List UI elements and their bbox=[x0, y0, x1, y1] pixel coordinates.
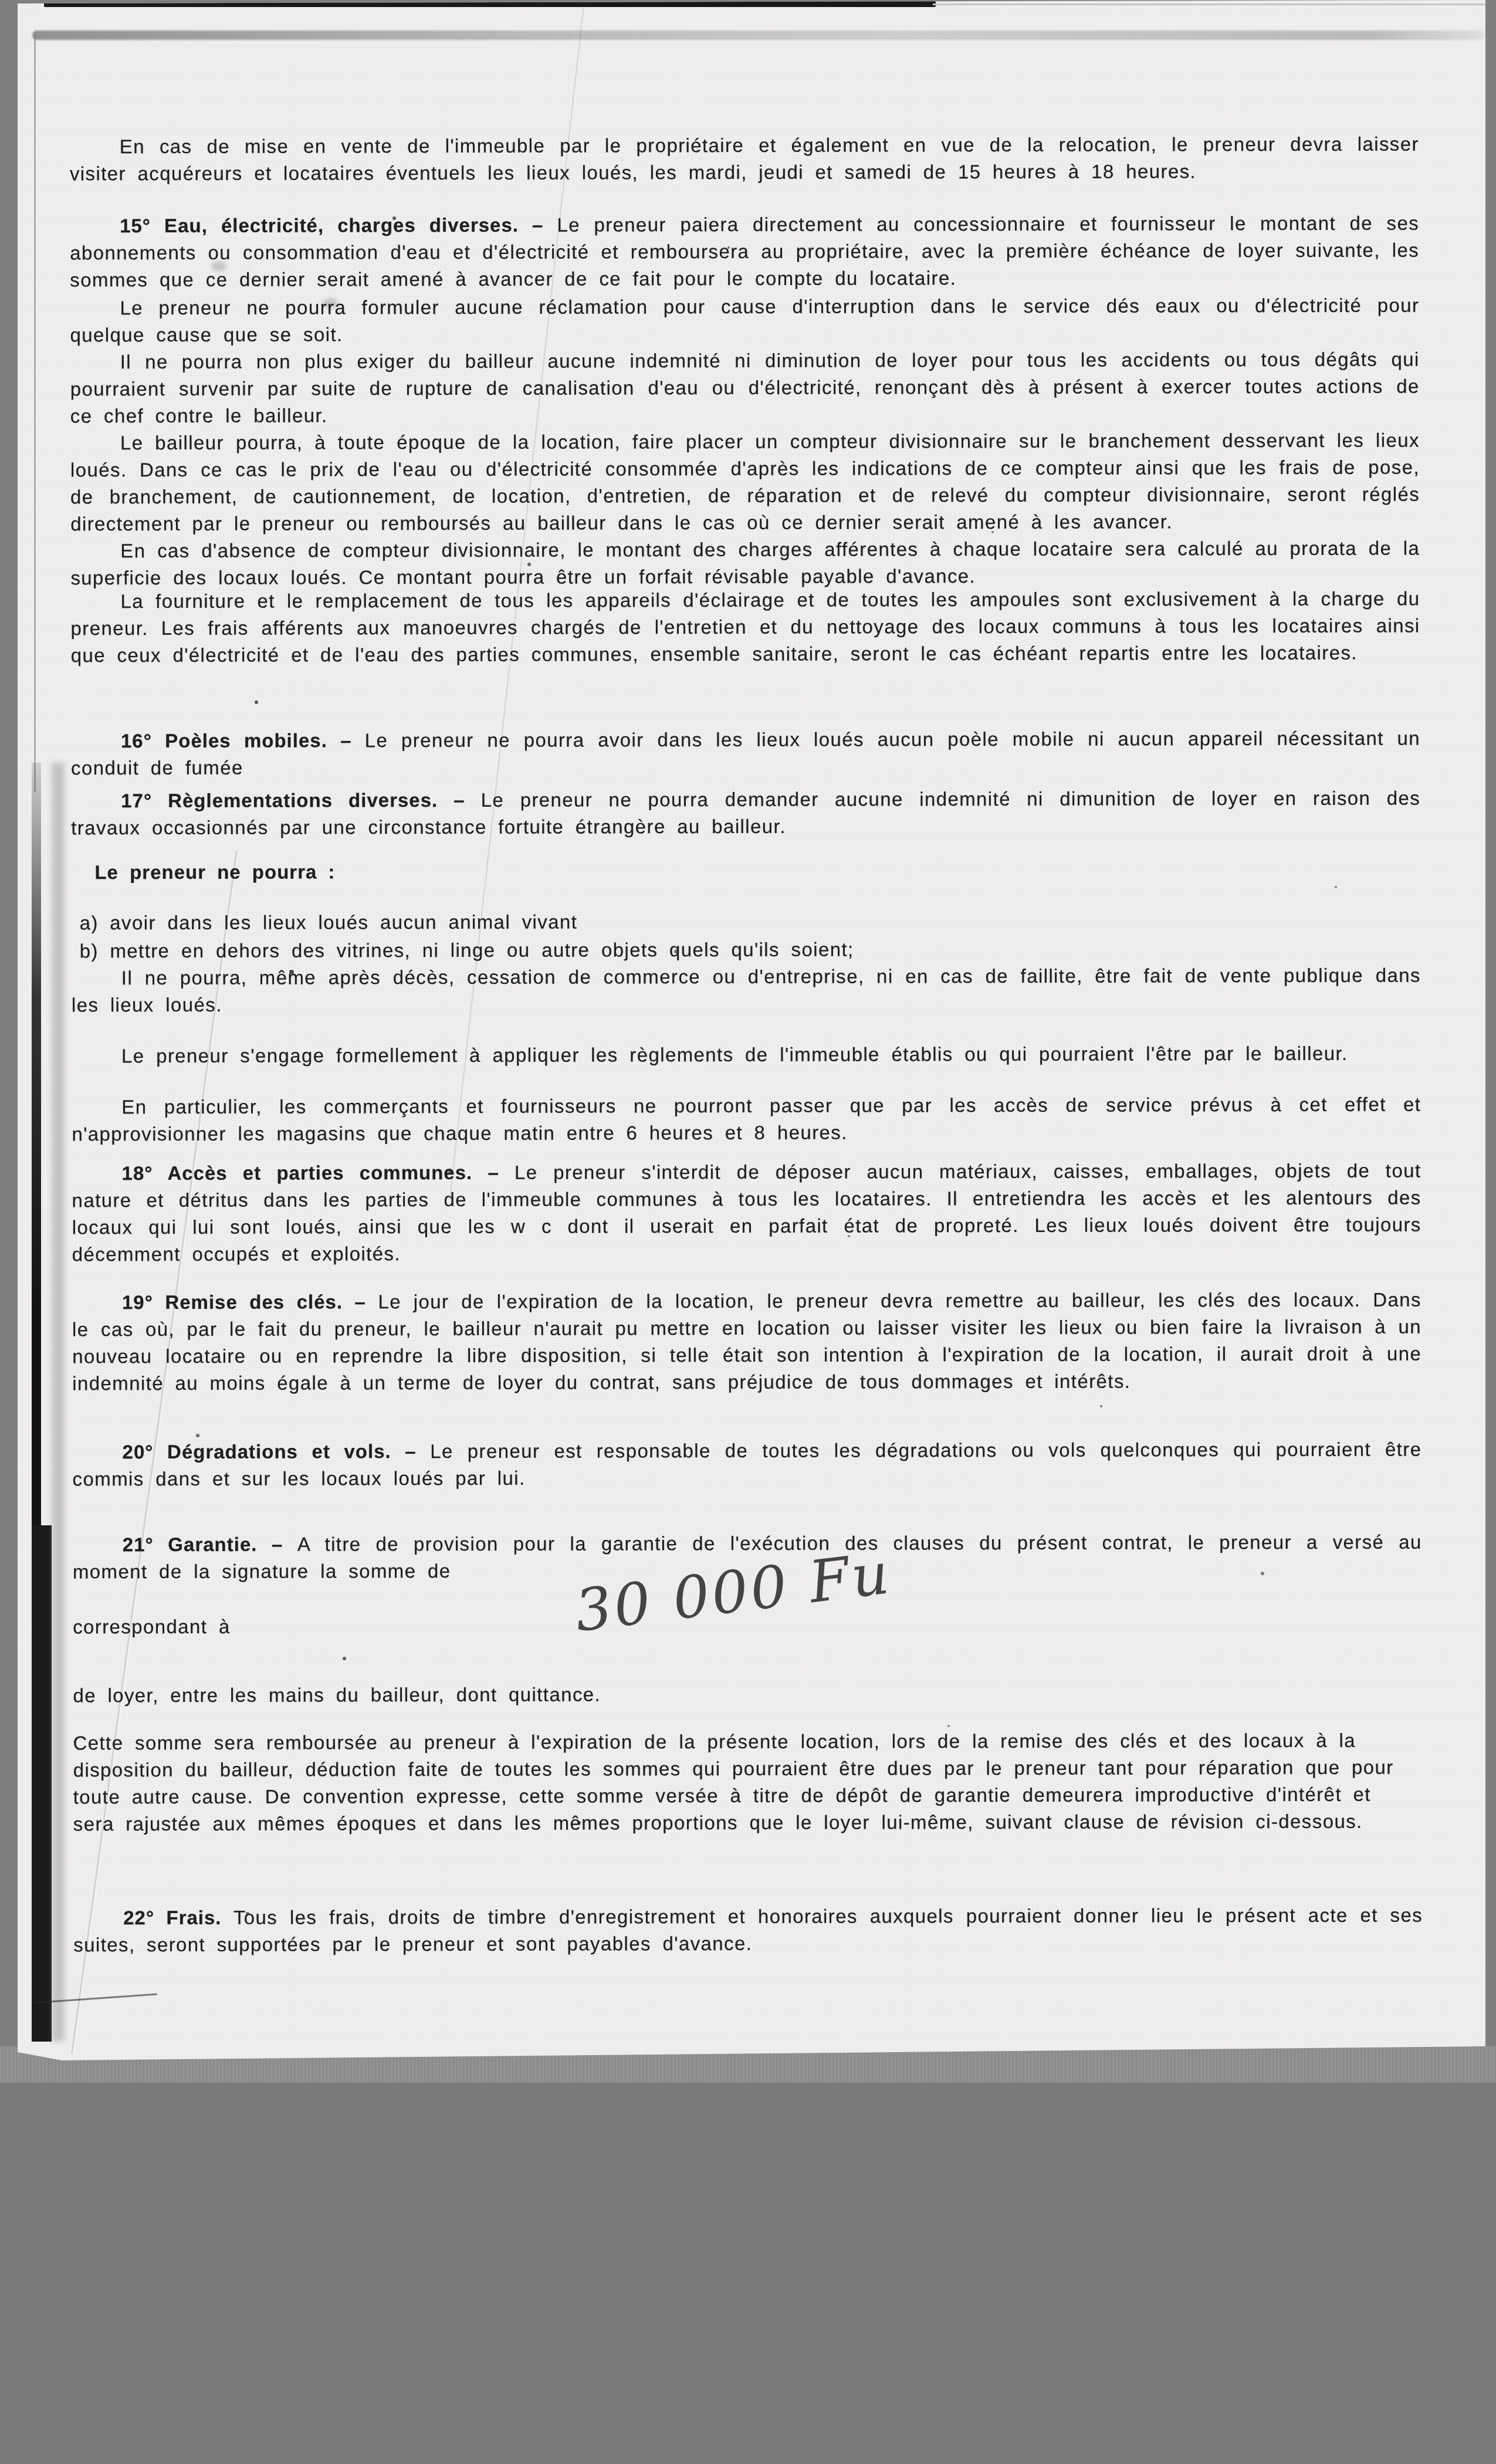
paragraph-compteur: Le bailleur pourra, à toute époque de la… bbox=[70, 427, 1420, 538]
paragraph-text: En cas de mise en vente de l'immeuble pa… bbox=[70, 133, 1419, 185]
paragraph-fourniture: La fourniture et le remplacement de tous… bbox=[70, 585, 1420, 669]
paragraph-text: Il ne pourra, même après décès, cessatio… bbox=[72, 964, 1421, 1016]
clause-19-remise-des-cles: 19° Remise des clés. – Le jour de l'expi… bbox=[72, 1287, 1421, 1397]
paragraph-text: Le preneur ne pourra formuler aucune réc… bbox=[70, 295, 1419, 346]
clause-16-poeles-mobiles: 16° Poèles mobiles. – Le preneur ne pour… bbox=[71, 725, 1420, 782]
paragraph-vente-publique: Il ne pourra, même après décès, cessatio… bbox=[72, 962, 1421, 1019]
clause-heading: 19° Remise des clés. – bbox=[122, 1291, 378, 1313]
paragraph-reglements-immeuble: Le preneur s'engage formellement à appli… bbox=[72, 1040, 1421, 1070]
list-item-b: b) mettre en dehors des vitrines, ni lin… bbox=[72, 935, 1421, 965]
clause-heading: 16° Poèles mobiles. – bbox=[121, 729, 365, 752]
clause-heading: 22° Frais. bbox=[123, 1907, 233, 1928]
paragraph-reclamation: Le preneur ne pourra formuler aucune réc… bbox=[70, 292, 1419, 349]
paragraph-text: de loyer, entre les mains du bailleur, d… bbox=[73, 1684, 601, 1707]
paragraph-text: a) avoir dans les lieux loués aucun anim… bbox=[80, 911, 578, 934]
paragraph-acces-service: En particulier, les commerçants et fourn… bbox=[72, 1091, 1421, 1148]
paragraph-text: b) mettre en dehors des vitrines, ni lin… bbox=[80, 939, 854, 962]
paragraph-text: correspondant à bbox=[73, 1616, 231, 1638]
scanned-lease-page: { "colors": { "backdrop_gray": "#7f7f7f"… bbox=[0, 0, 1496, 2464]
clause-heading: 18° Accès et parties communes. – bbox=[121, 1162, 515, 1184]
paragraph-text: Cette somme sera remboursée au preneur à… bbox=[73, 1729, 1393, 1835]
paragraph-text: En particulier, les commerçants et fourn… bbox=[72, 1094, 1421, 1145]
clause-20-degradations-vols: 20° Dégradations et vols. – Le preneur e… bbox=[72, 1436, 1421, 1493]
clause-heading: Le preneur ne pourra : bbox=[94, 861, 335, 883]
document-text-column: En cas de mise en vente de l'immeuble pa… bbox=[15, 0, 1487, 2064]
clause-22-frais: 22° Frais. Tous les frais, droits de tim… bbox=[73, 1902, 1423, 1959]
heading-le-preneur-ne-pourra: Le preneur ne pourra : bbox=[71, 857, 1420, 886]
scanned-document-page: En cas de mise en vente de l'immeuble pa… bbox=[18, 0, 1485, 2063]
scan-noise-speckles bbox=[18, 0, 20, 2]
handwritten-amount: 30 000 Fu bbox=[569, 1525, 874, 1672]
paragraph-text: En cas d'absence de compteur divisionnai… bbox=[70, 537, 1420, 589]
paragraph-text: Tous les frais, droits de timbre d'enreg… bbox=[73, 1904, 1423, 1956]
list-item-a: a) avoir dans les lieux loués aucun anim… bbox=[72, 907, 1421, 937]
paragraph-text: Le bailleur pourra, à toute époque de la… bbox=[70, 429, 1420, 535]
clause-heading: 20° Dégradations et vols. – bbox=[122, 1440, 430, 1463]
clause-heading: 15° Eau, électricité, charges diverses. … bbox=[120, 214, 557, 237]
paragraph-text: Le preneur s'engage formellement à appli… bbox=[121, 1043, 1348, 1067]
backdrop-lower-band bbox=[0, 2083, 1496, 2464]
paragraph-text: La fourniture et le remplacement de tous… bbox=[71, 588, 1420, 666]
clause-heading: 21° Garantie. – bbox=[123, 1534, 297, 1556]
paragraph-absence-compteur: En cas d'absence de compteur divisionnai… bbox=[70, 535, 1420, 592]
clause-18-acces-parties-communes: 18° Accès et parties communes. – Le pren… bbox=[72, 1157, 1421, 1268]
clause-15-eau-electricite: 15° Eau, électricité, charges diverses. … bbox=[70, 210, 1419, 294]
paragraph-visite: En cas de mise en vente de l'immeuble pa… bbox=[70, 131, 1419, 188]
handwritten-amount-text: 30 000 Fu bbox=[571, 1540, 895, 1645]
paragraph-indemnite: Il ne pourra non plus exiger du bailleur… bbox=[70, 346, 1420, 430]
paragraph-remboursement-somme: Cette somme sera remboursée au preneur à… bbox=[73, 1727, 1422, 1838]
clause-17-reglementations: 17° Règlementations diverses. – Le prene… bbox=[71, 785, 1420, 842]
paragraph-de-loyer-quittance: de loyer, entre les mains du bailleur, d… bbox=[73, 1680, 1422, 1710]
clause-heading: 17° Règlementations diverses. – bbox=[121, 789, 481, 811]
paragraph-text: Il ne pourra non plus exiger du bailleur… bbox=[70, 348, 1420, 427]
